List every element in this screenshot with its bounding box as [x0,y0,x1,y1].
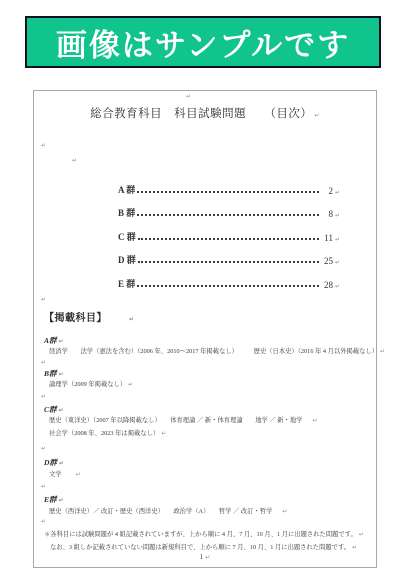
section-label-text: D群 [44,458,57,467]
return-mark-icon: ↵ [41,393,46,400]
section-d-label: D群↵ [44,457,64,468]
return-mark-icon: ↵ [186,93,191,100]
return-mark-icon: ↵ [59,407,64,414]
footnote-line2: なお、3 組しか記載されていない問題は新規科目で、上から順に 7 月、10 月、… [50,542,357,551]
return-mark-icon: ↵ [335,259,340,266]
toc-entry-label: C 群 [118,230,136,243]
section-d-subjects: 文学↵ [49,469,81,478]
toc-entry-c: C 群 11 ↵ [118,224,340,248]
dot-leader [137,285,319,287]
return-mark-icon: ↵ [72,157,77,164]
return-mark-icon: ↵ [335,189,340,196]
toc-entry-label: D 群 [118,253,136,266]
sample-banner-label: 画像はサンプルです [56,20,350,65]
toc-entry-label: A 群 [118,183,135,196]
toc-entry-page: 28 [323,280,333,290]
return-mark-icon: ↵ [59,338,64,345]
subject-line-text: 歴史（東洋史）（2007 年以降掲載なし） 体育理論 ／ 新・体育理論 地学 ／… [49,417,302,424]
table-of-contents: A 群 2 ↵ B 群 8 ↵ C 群 11 ↵ D 群 25 ↵ E 群 28 [118,177,340,295]
page-number-text: 1 [200,553,204,561]
return-mark-icon: ↵ [41,359,46,366]
page-title: 総合教育科目 科目試験問題 （目次）↵ [34,105,376,121]
subject-line-text: 歴史（西洋史）／ 改訂・歴史（西洋史） 政治学（A） 哲学 ／ 改訂・哲学 [49,508,272,515]
subject-line-text: 社会学（2008 年、2023 年は掲載なし） [49,430,159,437]
return-mark-icon: ↵ [335,236,340,243]
footnote-text: なお、3 組しか記載されていない問題は新規科目で、上から順に 7 月、10 月、… [50,544,350,551]
return-mark-icon: ↵ [380,348,385,355]
return-mark-icon: ↵ [282,508,287,515]
dot-leader [137,191,319,193]
toc-entry-page: 11 [323,233,333,243]
toc-entry-page: 25 [323,256,333,266]
return-mark-icon: ↵ [335,212,340,219]
sample-banner: 画像はサンプルです [25,16,381,68]
toc-entry-label: B 群 [118,206,135,219]
listing-heading: 【掲載科目】↵ [44,309,135,324]
return-mark-icon: ↵ [41,445,46,452]
page-number: 1↵ [34,553,376,561]
return-mark-icon: ↵ [128,381,133,388]
section-a-subjects: 経済学 法学（憲法を含む）（2006 年、2010～2017 年掲載なし） 歴史… [49,346,385,355]
section-b-subjects: 論理学（2009 年掲載なし）↵ [49,379,133,388]
document-page: ↵ 総合教育科目 科目試験問題 （目次）↵ ↵ ↵ A 群 2 ↵ B 群 8 … [33,90,377,568]
dot-leader [138,261,319,263]
section-e-subjects: 歴史（西洋史）／ 改訂・歴史（西洋史） 政治学（A） 哲学 ／ 改訂・哲学↵ [49,506,287,515]
section-label-text: A群 [44,336,57,345]
section-label-text: B群 [44,369,57,378]
section-c-label: C群↵ [44,404,64,415]
toc-entry-page: 2 [323,186,333,196]
return-mark-icon: ↵ [335,283,340,290]
toc-entry-e: E 群 28 ↵ [118,271,340,295]
section-c-subjects-line1: 歴史（東洋史）（2007 年以降掲載なし） 体育理論 ／ 新・体育理論 地学 ／… [49,415,317,424]
toc-entry-d: D 群 25 ↵ [118,248,340,272]
toc-entry-a: A 群 2 ↵ [118,177,340,201]
return-mark-icon: ↵ [76,471,81,478]
section-label-text: C群 [44,405,57,414]
return-mark-icon: ↵ [352,544,357,551]
return-mark-icon: ↵ [59,497,64,504]
toc-entry-page: 8 [323,209,333,219]
return-mark-icon: ↵ [314,112,320,119]
return-mark-icon: ↵ [205,554,210,561]
footnote-text: ＊各科目には試験問題が 4 組記載されていますが、上から順に 4 月、7 月、1… [44,531,357,538]
return-mark-icon: ↵ [41,518,46,525]
return-mark-icon: ↵ [41,483,46,490]
return-mark-icon: ↵ [129,316,135,323]
section-c-subjects-line2: 社会学（2008 年、2023 年は掲載なし）↵ [49,428,166,437]
return-mark-icon: ↵ [59,460,64,467]
page-title-text: 総合教育科目 科目試験問題 （目次） [90,108,312,120]
return-mark-icon: ↵ [59,371,64,378]
return-mark-icon: ↵ [312,417,317,424]
section-label-text: E群 [44,495,57,504]
footnote-line1: ＊各科目には試験問題が 4 組記載されていますが、上から順に 4 月、7 月、1… [44,529,364,538]
subject-line-text: 文学 [49,471,62,478]
return-mark-icon: ↵ [41,142,46,149]
section-e-label: E群↵ [44,494,64,505]
section-b-label: B群↵ [44,368,64,379]
return-mark-icon: ↵ [41,296,46,303]
return-mark-icon: ↵ [161,430,166,437]
subject-line-text: 経済学 法学（憲法を含む）（2006 年、2010～2017 年掲載なし） 歴史… [49,348,378,355]
dot-leader [137,214,319,216]
section-a-label: A群↵ [44,335,64,346]
return-mark-icon: ↵ [359,531,364,538]
toc-entry-b: B 群 8 ↵ [118,201,340,225]
toc-entry-label: E 群 [118,277,135,290]
listing-heading-text: 【掲載科目】 [44,313,107,324]
dot-leader [138,238,319,240]
subject-line-text: 論理学（2009 年掲載なし） [49,381,126,388]
